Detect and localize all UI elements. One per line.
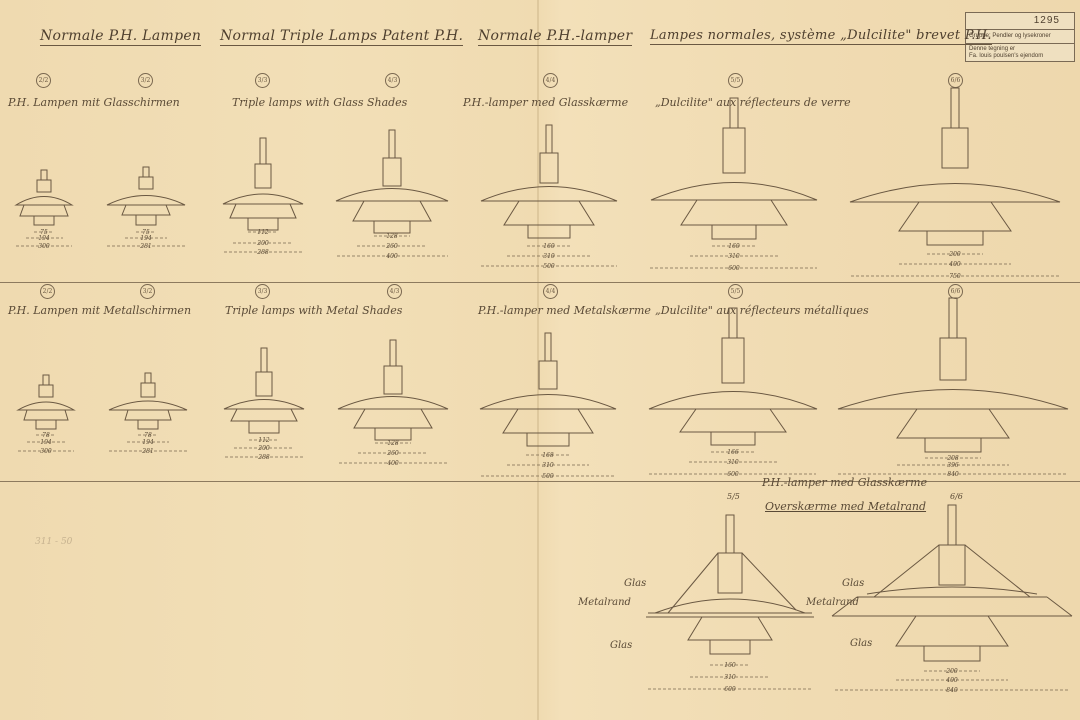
- svg-text:310: 310: [728, 253, 740, 260]
- lamp-drawing-metalrand: [646, 515, 814, 654]
- svg-text:194: 194: [142, 439, 154, 446]
- svg-text:600: 600: [727, 471, 739, 478]
- lamp-drawing: [480, 333, 616, 446]
- svg-text:281: 281: [139, 243, 151, 250]
- svg-text:160: 160: [728, 243, 740, 250]
- technical-drawing-sheet: 1295 Gruppe: Pendler og lysekroner Denne…: [0, 0, 1080, 720]
- lamp-drawing: [224, 348, 304, 433]
- svg-text:840: 840: [946, 687, 958, 694]
- svg-text:288: 288: [257, 454, 270, 461]
- svg-text:310: 310: [542, 462, 554, 469]
- svg-text:168: 168: [542, 452, 554, 459]
- lamp-drawing: [18, 375, 74, 429]
- svg-text:112: 112: [257, 229, 269, 236]
- svg-text:208: 208: [946, 455, 959, 462]
- svg-text:166: 166: [727, 449, 739, 456]
- svg-text:78: 78: [42, 432, 50, 439]
- svg-text:194: 194: [40, 439, 52, 446]
- svg-text:200: 200: [945, 668, 958, 675]
- svg-text:400: 400: [385, 253, 398, 260]
- svg-text:396: 396: [947, 462, 959, 469]
- lamp-drawing: [338, 340, 448, 440]
- lamp-drawings: 75 194 300 75 194 281 112 200 288 128: [0, 0, 1080, 720]
- svg-text:260: 260: [386, 450, 399, 457]
- svg-text:200: 200: [257, 445, 270, 452]
- svg-text:112: 112: [258, 437, 270, 444]
- svg-text:600: 600: [728, 265, 740, 272]
- svg-text:260: 260: [385, 243, 398, 250]
- svg-text:128: 128: [387, 440, 399, 447]
- svg-text:400: 400: [386, 460, 399, 467]
- svg-text:400: 400: [945, 677, 958, 684]
- lamp-drawing: [850, 88, 1060, 245]
- svg-text:200: 200: [948, 251, 961, 258]
- lamp-drawing: [838, 298, 1068, 452]
- lamp-drawing: [223, 138, 303, 230]
- svg-text:194: 194: [140, 235, 152, 242]
- svg-text:400: 400: [948, 261, 961, 268]
- lamp-drawing: [109, 373, 187, 429]
- svg-text:310: 310: [724, 674, 736, 681]
- svg-text:600: 600: [724, 686, 736, 693]
- svg-text:300: 300: [40, 448, 52, 455]
- lamp-drawing: [16, 170, 72, 225]
- svg-text:300: 300: [38, 243, 50, 250]
- lamp-drawing: [481, 125, 617, 238]
- svg-text:160: 160: [543, 243, 555, 250]
- svg-text:281: 281: [141, 448, 153, 455]
- svg-text:500: 500: [543, 263, 555, 270]
- lamp-drawing-metalrand: [832, 505, 1072, 661]
- svg-text:288: 288: [256, 249, 269, 256]
- lamp-drawing: [107, 167, 185, 225]
- svg-text:500: 500: [542, 473, 554, 480]
- svg-text:78: 78: [144, 432, 152, 439]
- svg-text:840: 840: [947, 471, 959, 478]
- svg-text:310: 310: [727, 459, 739, 466]
- svg-text:310: 310: [543, 253, 555, 260]
- svg-text:200: 200: [256, 240, 269, 247]
- lamp-drawing: [651, 98, 817, 239]
- svg-text:160: 160: [724, 662, 736, 669]
- lamp-drawing: [649, 308, 817, 445]
- svg-text:194: 194: [38, 235, 50, 242]
- svg-text:128: 128: [386, 233, 398, 240]
- svg-text:750: 750: [949, 273, 961, 280]
- lamp-drawing: [336, 130, 448, 233]
